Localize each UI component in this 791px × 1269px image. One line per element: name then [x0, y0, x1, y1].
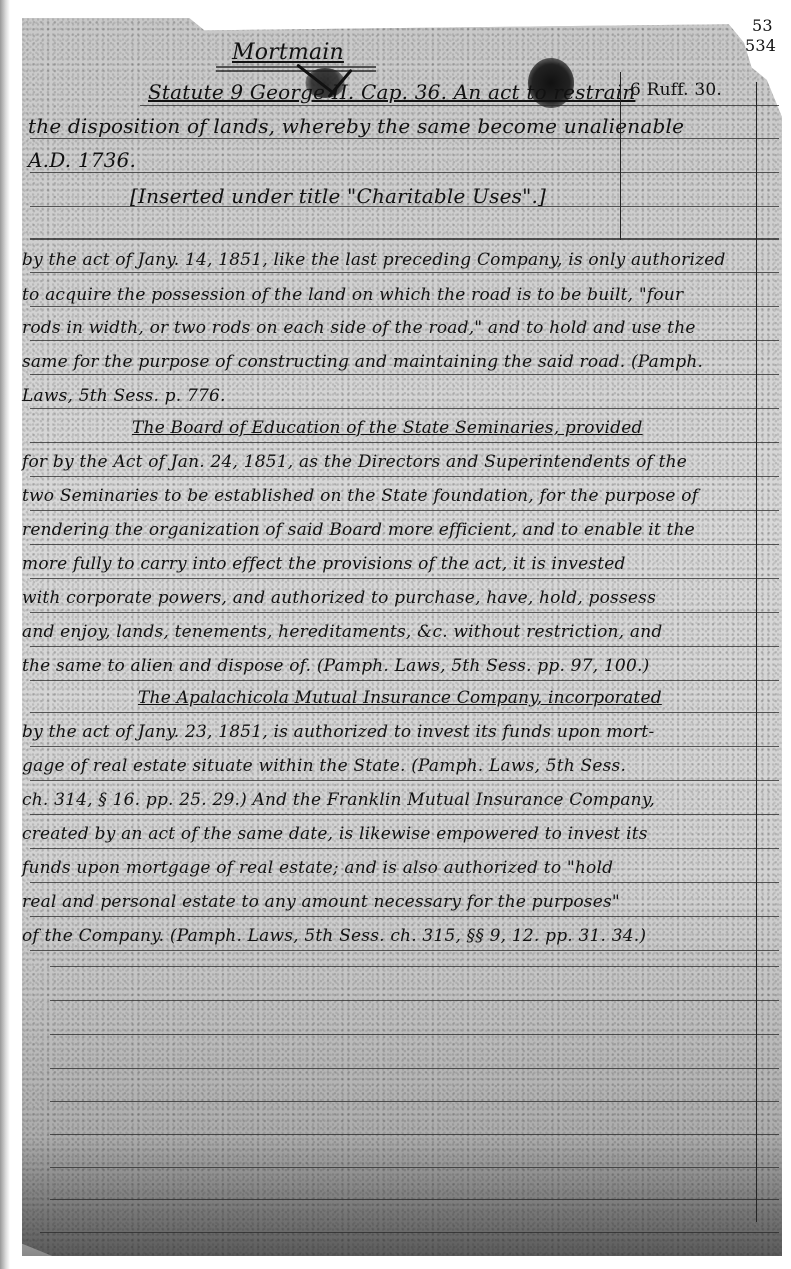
ruled-line	[50, 1034, 779, 1035]
ruled-line	[50, 1000, 779, 1001]
body-line: to acquire the possession of the land on…	[22, 285, 683, 305]
ruled-line	[30, 442, 779, 443]
ruled-line	[30, 916, 779, 917]
body-line: rendering the organization of said Board…	[22, 520, 695, 540]
ruled-line	[30, 780, 779, 781]
ruled-line	[50, 1101, 779, 1102]
body-line: real and personal estate to any amount n…	[22, 892, 620, 912]
ruled-line	[50, 1134, 779, 1135]
ruled-line	[30, 882, 779, 883]
ruled-line	[30, 272, 779, 273]
ruled-line	[30, 374, 779, 375]
body-line: by the act of Jany. 14, 1851, like the l…	[22, 250, 726, 270]
ruled-line	[30, 138, 779, 139]
ruled-line	[30, 306, 779, 307]
section-divider	[30, 238, 779, 240]
statute-line: Statute 9 George II. Cap. 36. An act to …	[148, 80, 635, 104]
citation-column-rule-right	[756, 82, 757, 1222]
body-line: the same to alien and dispose of. (Pamph…	[22, 656, 649, 676]
ruled-line	[30, 646, 779, 647]
body-line: two Seminaries to be established on the …	[22, 486, 698, 506]
page-title: Mortmain	[232, 40, 344, 65]
body-line: same for the purpose of constructing and…	[22, 352, 703, 372]
body-line: rods in width, or two rods on each side …	[22, 318, 696, 338]
ruled-line	[30, 814, 779, 815]
body-line: of the Company. (Pamph. Laws, 5th Sess. …	[22, 926, 646, 946]
ruled-line	[30, 746, 779, 747]
citation-column-rule-left	[620, 72, 621, 240]
ruled-line	[30, 510, 779, 511]
page-number-top: 53	[752, 16, 773, 35]
body-line: for by the Act of Jan. 24, 1851, as the …	[22, 452, 687, 472]
ruled-line	[30, 172, 779, 173]
body-line: by the act of Jany. 23, 1851, is authori…	[22, 722, 654, 742]
ruled-line	[30, 340, 779, 341]
ruled-line	[30, 578, 779, 579]
ruled-line	[30, 206, 779, 207]
body-line: ch. 314, § 16. pp. 25. 29.) And the Fran…	[22, 790, 655, 810]
statute-heading: Statute 9 George II. Cap. 36. An act to …	[148, 80, 635, 104]
ruled-line	[30, 408, 779, 409]
scan-shadow	[22, 1136, 782, 1256]
paragraph-heading: The Apalachicola Mutual Insurance Compan…	[138, 688, 662, 708]
body-line: Laws, 5th Sess. p. 776.	[22, 386, 226, 406]
body-line: more fully to carry into effect the prov…	[22, 554, 626, 574]
scan-edge	[0, 0, 10, 1269]
ruled-line	[30, 612, 779, 613]
body-line: gage of real estate situate within the S…	[22, 756, 626, 776]
ruled-line	[50, 966, 779, 967]
ruled-line	[30, 544, 779, 545]
body-line: with corporate powers, and authorized to…	[22, 588, 656, 608]
body-line: funds upon mortgage of real estate; and …	[22, 858, 613, 878]
body-line: created by an act of the same date, is l…	[22, 824, 648, 844]
page-number-sub: 534	[745, 36, 776, 55]
cross-reference: [Inserted under title "Charitable Uses".…	[130, 184, 546, 208]
body-line: and enjoy, lands, tenements, hereditamen…	[22, 622, 662, 642]
ruled-line	[140, 105, 779, 106]
ruled-line	[30, 848, 779, 849]
statute-line-2: the disposition of lands, whereby the sa…	[28, 114, 684, 138]
ruled-line	[30, 712, 779, 713]
ruled-line	[30, 950, 779, 951]
margin-citation: 6 Ruff. 30.	[630, 80, 722, 100]
ruled-line	[30, 680, 779, 681]
paragraph-heading: The Board of Education of the State Semi…	[132, 418, 643, 438]
ruled-line	[50, 1068, 779, 1069]
ruled-line	[30, 476, 779, 477]
statute-date: A.D. 1736.	[28, 148, 136, 172]
